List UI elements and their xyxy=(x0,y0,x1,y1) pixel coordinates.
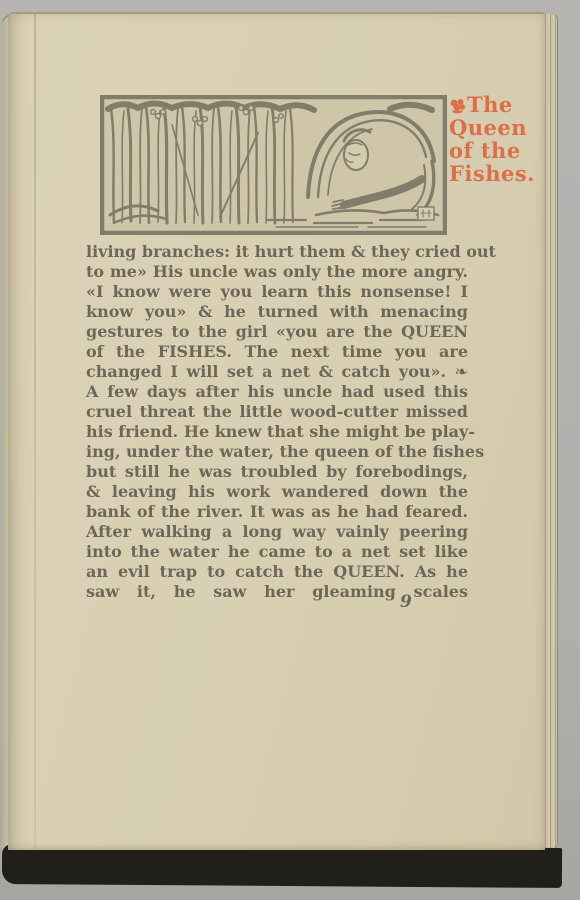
text-line: but still he was troubled by forebodings… xyxy=(86,462,468,482)
text-line: into the water he came to a net set like xyxy=(86,542,468,562)
book-cover-band xyxy=(2,844,562,888)
title-block: The Queen of the Fishes. xyxy=(449,93,555,185)
text-line: After walking a long way vainly peering xyxy=(86,522,468,542)
text-line: know you» & he turned with menacing xyxy=(86,302,468,322)
text-line: cruel threat the little wood-cutter miss… xyxy=(86,402,468,422)
title-line-2: Queen xyxy=(449,116,555,139)
title-word: The xyxy=(467,92,513,117)
body-text: living branches: it hurt them & they cri… xyxy=(86,242,468,602)
text-line: an evil trap to catch the QUEEN. As he xyxy=(86,562,468,582)
title-line-1: The xyxy=(449,93,555,116)
text-line: «I know were you learn this nonsense! I xyxy=(86,282,468,302)
text-line: of the FISHES. The next time you are xyxy=(86,342,468,362)
book-page: The Queen of the Fishes. living branches… xyxy=(8,12,545,850)
clover-ornament-icon: ❧ xyxy=(455,362,468,381)
text-line: gestures to the girl «you are the QUEEN xyxy=(86,322,468,342)
text-line: his friend. He knew that she might be pl… xyxy=(86,422,468,442)
text-line-with-ornament: changed I will set a net & catch you». ❧ xyxy=(86,362,468,382)
text-line: ing, under the water, the queen of the f… xyxy=(86,442,468,462)
text-line: changed I will set a net & catch you». xyxy=(86,362,446,381)
text-line: living branches: it hurt them & they cri… xyxy=(86,242,468,262)
text-line: bank of the river. It was as he had fear… xyxy=(86,502,468,522)
floral-bunch-icon xyxy=(449,98,466,114)
photo-of-book-page: { "book_page": { "title": { "ornament_ic… xyxy=(0,0,580,900)
spine-crease xyxy=(34,14,36,850)
page-number: 9 xyxy=(400,592,412,612)
woodcut-illustration xyxy=(100,95,447,235)
text-line: & leaving his work wandered down the xyxy=(86,482,468,502)
title-line-3: of the xyxy=(449,139,555,162)
text-line: A few days after his uncle had used this xyxy=(86,382,468,402)
text-line: to me» His uncle was only the more angry… xyxy=(86,262,468,282)
title-line-4: Fishes. xyxy=(449,162,555,185)
